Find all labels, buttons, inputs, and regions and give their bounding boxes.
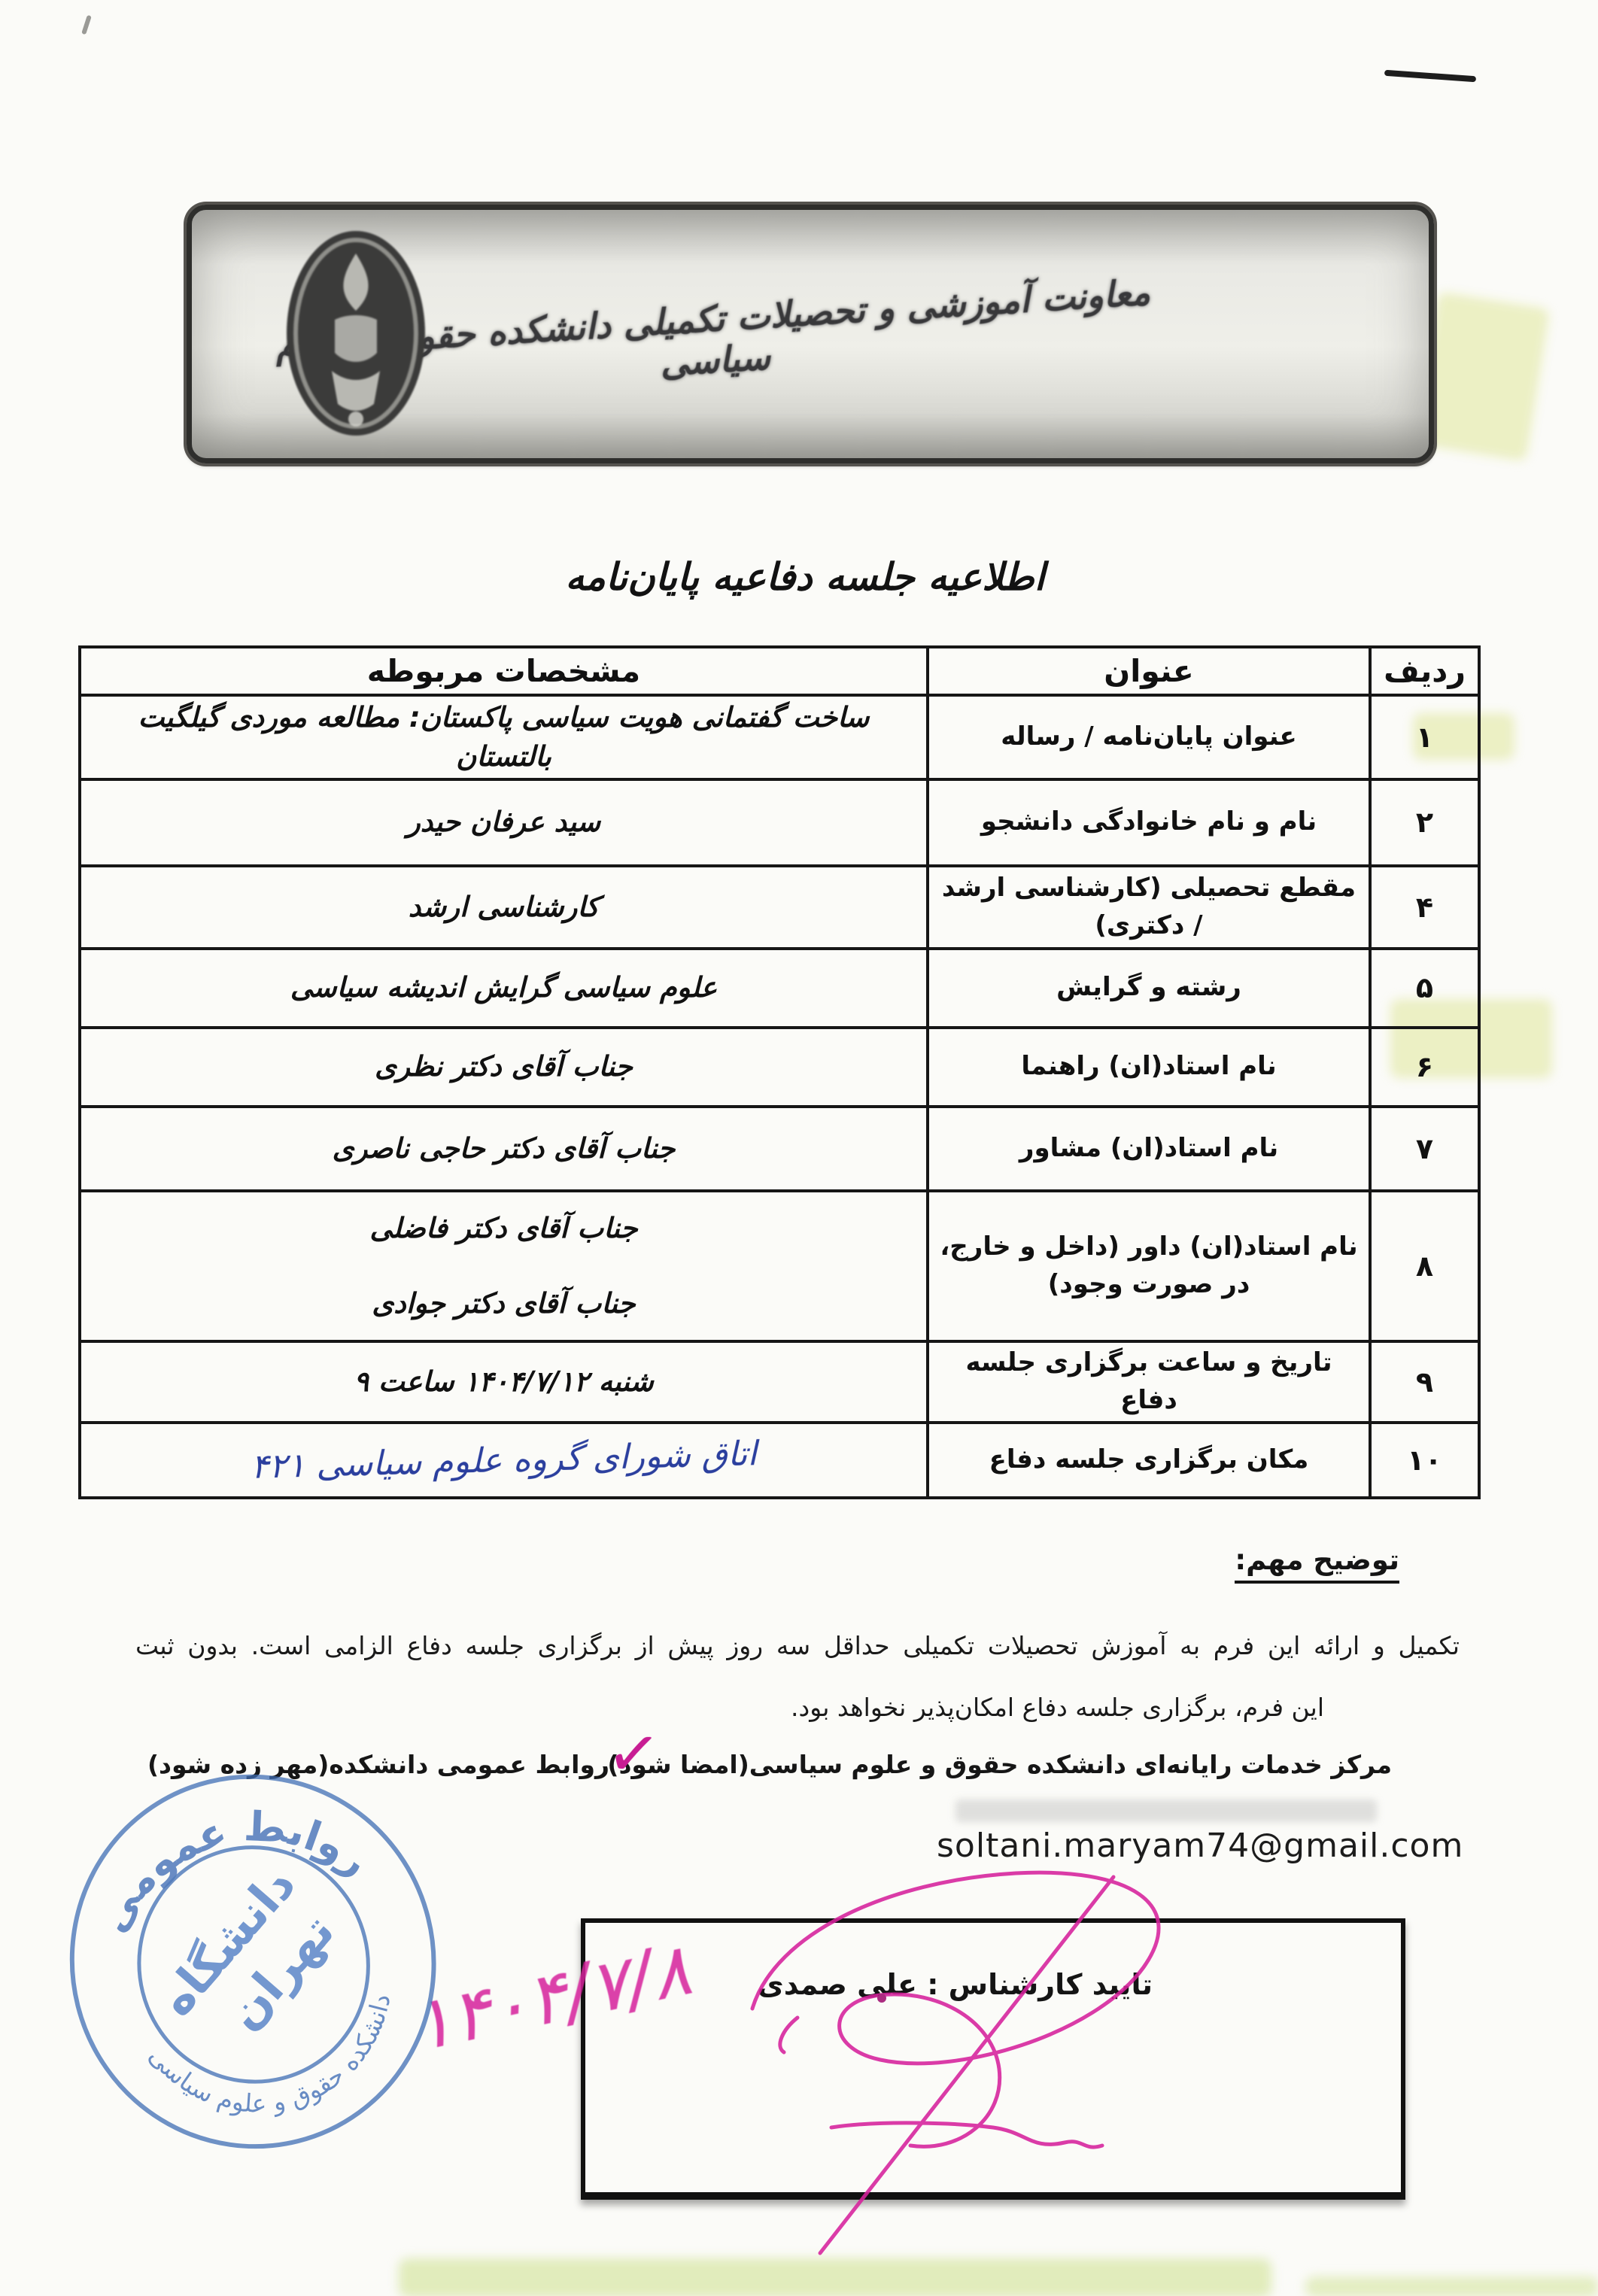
row-value: اتاق شورای گروه علوم سیاسی ۴۲۱ — [80, 1423, 928, 1498]
examiner-2: جناب آقای دکتر جوادی — [92, 1284, 916, 1323]
bleedthrough-patch — [399, 2258, 1271, 2296]
defense-info-table: ردیف عنوان مشخصات مربوطه ۱ عنوان پایان‌ن… — [78, 645, 1481, 1499]
table-row: ۵ رشته و گرایش علوم سیاسی گرایش اندیشه س… — [80, 949, 1479, 1028]
row-number: ۲ — [1370, 779, 1479, 866]
table-row: ۱۰ مکان برگزاری جلسه دفاع اتاق شورای گرو… — [80, 1423, 1479, 1498]
table-row: ۴ مقطع تحصیلی (کارشناسی ارشد / دکتری) کا… — [80, 866, 1479, 949]
table-row: ۲ نام و نام خانوادگی دانشجو سید عرفان حی… — [80, 779, 1479, 866]
header-row-number: ردیف — [1370, 647, 1479, 695]
row-title: نام استاد(ان) راهنما — [928, 1028, 1370, 1107]
row-number: ۱ — [1370, 695, 1479, 779]
row-title: مکان برگزاری جلسه دفاع — [928, 1423, 1370, 1498]
table-row: ۶ نام استاد(ان) راهنما جناب آقای دکتر نظ… — [80, 1028, 1479, 1107]
handwritten-location: اتاق شورای گروه علوم سیاسی ۴۲۱ — [91, 1426, 916, 1495]
public-relations-stamp: روابط عمومی دانشکده حقوق و علوم سیاسی دا… — [23, 1730, 481, 2193]
scan-mark — [1384, 70, 1476, 82]
row-title: نام و نام خانوادگی دانشجو — [928, 779, 1370, 866]
table-row: ۱ عنوان پایان‌نامه / رساله ساخت گفتمانی … — [80, 695, 1479, 779]
row-title: تاریخ و ساعت برگزاری جلسه دفاع — [928, 1341, 1370, 1423]
row-number: ۸ — [1370, 1191, 1479, 1341]
row-number: ۹ — [1370, 1341, 1479, 1423]
row-number: ۱۰ — [1370, 1423, 1479, 1498]
note-text-line1: تکمیل و ارائه این فرم به آموزش تحصیلات ت… — [135, 1631, 1460, 1660]
scan-ghost-text — [955, 1799, 1377, 1822]
table-header-row: ردیف عنوان مشخصات مربوطه — [80, 647, 1479, 695]
examiner-1: جناب آقای دکتر فاضلی — [92, 1209, 916, 1248]
row-value: علوم سیاسی گرایش اندیشه سیاسی — [80, 949, 928, 1028]
contact-email: soltani.maryam74@gmail.com — [937, 1827, 1396, 1865]
bleedthrough-patch — [1305, 2276, 1598, 2296]
university-of-tehran-logo-icon — [281, 226, 431, 442]
row-value: سید عرفان حیدر — [80, 779, 928, 866]
note-text-line2: این فرم، برگزاری جلسه دفاع امکان‌پذیر نخ… — [791, 1693, 1324, 1722]
row-number: ۶ — [1370, 1028, 1479, 1107]
row-value: ساخت گفتمانی هویت سیاسی پاکستان: مطالعه … — [80, 695, 928, 779]
header-title: عنوان — [928, 647, 1370, 695]
row-value: شنبه ۱۴۰۴/۷/۱۲ ساعت ۹ — [80, 1341, 928, 1423]
row-title: نام استاد(ان) مشاور — [928, 1107, 1370, 1191]
computer-center-sign-label: مرکز خدمات رایانه‌ای دانشکده حقوق و علوم… — [607, 1750, 1392, 1779]
row-number: ۵ — [1370, 949, 1479, 1028]
scanned-defense-announcement-page: { "banner": { "text": "معاونت آموزشی و ت… — [0, 0, 1598, 2296]
page-title: اطلاعیه جلسه دفاعیه پایان‌نامه — [466, 555, 1144, 599]
pink-checkmark-icon: ✓ — [603, 1714, 664, 1795]
row-value: جناب آقای دکتر فاضلی جناب آقای دکتر جواد… — [80, 1191, 928, 1341]
table-row: ۹ تاریخ و ساعت برگزاری جلسه دفاع شنبه ۱۴… — [80, 1341, 1479, 1423]
row-title: رشته و گرایش — [928, 949, 1370, 1028]
row-value: کارشناسی ارشد — [80, 866, 928, 949]
expert-approval-label: تایید کارشناس : علی صمدی — [758, 1968, 1153, 2001]
bleedthrough-patch — [1414, 292, 1550, 462]
important-note-heading: توضیح مهم: — [1235, 1544, 1399, 1584]
row-title: نام استاد(ان) داور (داخل و خارج، در صورت… — [928, 1191, 1370, 1341]
table-row: ۸ نام استاد(ان) داور (داخل و خارج، در صو… — [80, 1191, 1479, 1341]
row-title: عنوان پایان‌نامه / رساله — [928, 695, 1370, 779]
row-number: ۷ — [1370, 1107, 1479, 1191]
scan-mark — [81, 15, 92, 35]
row-number: ۴ — [1370, 866, 1479, 949]
row-title: مقطع تحصیلی (کارشناسی ارشد / دکتری) — [928, 866, 1370, 949]
row-value: جناب آقای دکتر نظری — [80, 1028, 928, 1107]
letterhead-banner: معاونت آموزشی و تحصیلات تکمیلی دانشکده ح… — [187, 205, 1434, 463]
row-value: جناب آقای دکتر حاجی ناصری — [80, 1107, 928, 1191]
table-row: ۷ نام استاد(ان) مشاور جناب آقای دکتر حاج… — [80, 1107, 1479, 1191]
header-value: مشخصات مربوطه — [80, 647, 928, 695]
